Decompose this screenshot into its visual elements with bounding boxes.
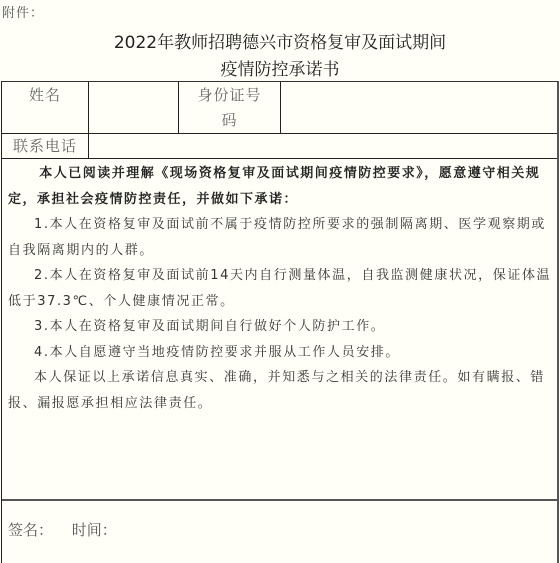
pledge-statement: 本人已阅读并理解《现场资格复审及面试期间疫情防控要求》，愿意遵守相关规定，承担社… (8, 161, 553, 416)
document-title-line1: 2022年教师招聘德兴市资格复审及面试期间 (0, 28, 560, 53)
phone-field[interactable] (89, 134, 557, 158)
signature-row: 签名： 时间： (8, 519, 131, 540)
row-divider-3 (2, 499, 557, 501)
name-field[interactable] (89, 82, 178, 133)
attachment-label: 附件： (2, 2, 44, 21)
pledge-form-table: 姓名 身份证号 码 联系电话 本人已阅读并理解《现场资格复审及面试期间疫情防控要… (1, 81, 559, 563)
name-label: 姓名 (2, 84, 88, 105)
id-number-label-line1: 身份证号 (179, 84, 280, 105)
pledge-closing-paragraph: 本人保证以上承诺信息真实、准确，并知悉与之相关的法律责任。如有瞒报、错报、漏报愿… (8, 365, 553, 416)
document-title-line2: 疫情防控承诺书 (0, 55, 560, 80)
pledge-item-4: 4.本人自愿遵守当地疫情防控要求并服从工作人员安排。 (8, 340, 553, 366)
id-number-label-line2: 码 (179, 109, 280, 130)
pledge-item-2: 2.本人在资格复审及面试前14天内自行测量体温，自我监测健康状况，保证体温低于3… (8, 263, 553, 314)
pledge-lead-paragraph: 本人已阅读并理解《现场资格复审及面试期间疫情防控要求》，愿意遵守相关规定，承担社… (8, 161, 553, 212)
phone-label: 联系电话 (2, 135, 88, 156)
row-divider-2 (2, 158, 557, 159)
pledge-item-1: 1.本人在资格复审及面试前不属于疫情防控所要求的强制隔离期、医学观察期或自我隔离… (8, 212, 553, 263)
pledge-item-3: 3.本人在资格复审及面试期间自行做好个人防护工作。 (8, 314, 553, 340)
signature-label: 签名： (8, 521, 53, 539)
time-label: 时间： (72, 521, 117, 539)
id-number-field[interactable] (281, 82, 557, 133)
